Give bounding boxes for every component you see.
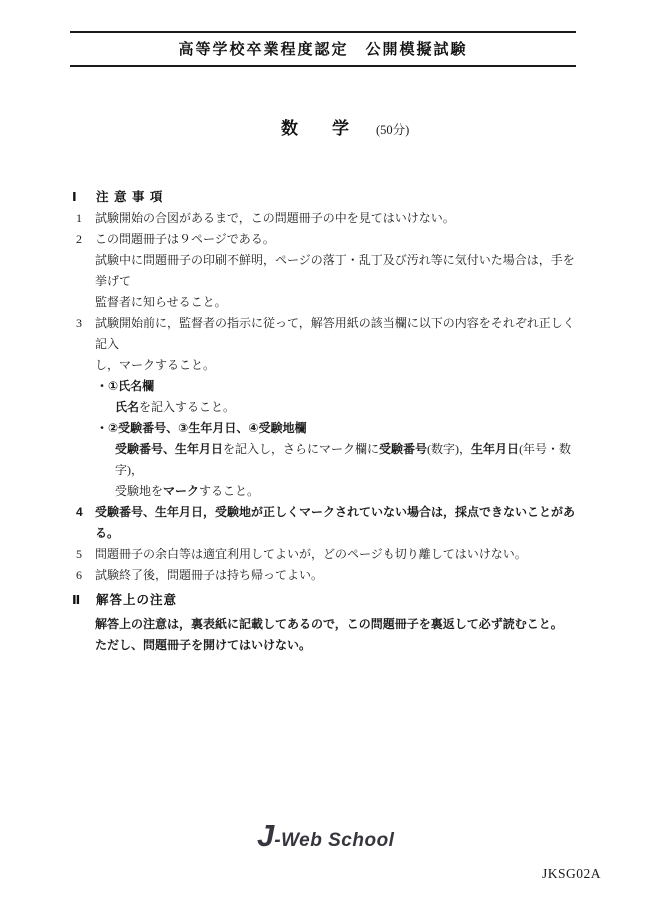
section2-lines: 解答上の注意は，裏表紙に記載してあるので，この問題冊子を裏返して必ず読むこと。た… [70, 614, 582, 656]
item-number: 5 [70, 544, 95, 565]
subject-row: 数 学 (50分) [281, 114, 409, 139]
item-text: 受験番号、生年月日，受験地が正しくマークされていない場合は，採点できないことがあ… [95, 502, 582, 544]
item-text: し，マークすること。 [95, 355, 582, 376]
plain-text: 試験開始の合図があるまで，この問題冊子の中を見てはいけない。 [95, 211, 455, 225]
item-text: この問題冊子は９ページである。 [95, 229, 582, 250]
note-line: 1試験開始の合図があるまで，この問題冊子の中を見てはいけない。 [70, 208, 582, 229]
item-text: 試験開始の合図があるまで，この問題冊子の中を見てはいけない。 [95, 208, 582, 229]
item-number: 4 [70, 502, 95, 544]
section1-heading: Ⅰ 注 意 事 項 [70, 186, 582, 208]
section2-heading: Ⅱ 解答上の注意 [70, 589, 582, 611]
item-text: 解答上の注意は，裏表紙に記載してあるので，この問題冊子を裏返して必ず読むこと。 [95, 614, 582, 635]
plain-text: 試験中に問題冊子の印刷不鮮明，ページの落丁・乱丁及び汚れ等に気付いた場合は，手を… [95, 253, 575, 288]
section2-title: 解答上の注意 [96, 589, 177, 611]
item-text: 監督者に知らせること。 [95, 292, 582, 313]
note-line: し，マークすること。 [70, 355, 582, 376]
jweb-school-logo: J-Web School [257, 818, 394, 854]
item-text: 問題冊子の余白等は適宜利用してよいが，どのページも切り離してはいけない。 [95, 544, 582, 565]
emphasized-text: 受験番号、生年月日 [115, 442, 223, 456]
emphasized-text: 受験番号 [379, 442, 427, 456]
note-line: 受験地をマークすること。 [70, 481, 582, 502]
plain-text: すること。 [199, 484, 259, 498]
logo-text: -Web School [274, 830, 394, 851]
note-line: 受験番号、生年月日を記入し，さらにマーク欄に受験番号(数字)，生年月日(年号・数… [70, 439, 582, 481]
note-line: 4受験番号、生年月日，受験地が正しくマークされていない場合は，採点できないことが… [70, 502, 582, 544]
item-text: 試験中に問題冊子の印刷不鮮明，ページの落丁・乱丁及び汚れ等に気付いた場合は，手を… [95, 250, 582, 292]
title-block: 高等学校卒業程度認定 公開模擬試験 [70, 31, 576, 67]
emphasized-text: マーク [163, 484, 199, 498]
item-text: 受験地をマークすること。 [115, 481, 582, 502]
emphasized-text: 生年月日 [471, 442, 519, 456]
plain-text: し，マークすること。 [95, 358, 215, 372]
note-line: ・①氏名欄 [70, 376, 582, 397]
plain-text: ただし、問題冊子を開けてはいけない。 [95, 638, 311, 652]
logo-j-letter: J [257, 818, 274, 853]
section1-lines: 1試験開始の合図があるまで，この問題冊子の中を見てはいけない。2この問題冊子は９… [70, 208, 582, 586]
item-text: ・②受験番号、③生年月日、④受験地欄 [96, 418, 582, 439]
plain-text: (数字)， [427, 442, 471, 456]
notes-area: Ⅰ 注 意 事 項 1試験開始の合図があるまで，この問題冊子の中を見てはいけない… [70, 186, 582, 656]
note-line: 2この問題冊子は９ページである。 [70, 229, 582, 250]
item-number: 6 [70, 565, 95, 586]
section2: Ⅱ 解答上の注意 解答上の注意は，裏表紙に記載してあるので，この問題冊子を裏返し… [70, 589, 582, 656]
note-line: 氏名を記入すること。 [70, 397, 582, 418]
note-line: 解答上の注意は，裏表紙に記載してあるので，この問題冊子を裏返して必ず読むこと。 [70, 614, 582, 635]
item-text: ただし、問題冊子を開けてはいけない。 [95, 635, 582, 656]
item-number: 1 [70, 208, 95, 229]
section1-title: 注 意 事 項 [96, 186, 163, 208]
item-text: 受験番号、生年月日を記入し，さらにマーク欄に受験番号(数字)，生年月日(年号・数… [115, 439, 582, 481]
plain-text: 解答上の注意は，裏表紙に記載してあるので，この問題冊子を裏返して必ず読むこと。 [95, 617, 563, 631]
plain-text: を記入し，さらにマーク欄に [223, 442, 379, 456]
note-line: 3試験開始前に，監督者の指示に従って，解答用紙の該当欄に以下の内容をそれぞれ正し… [70, 313, 582, 355]
emphasized-text: ・②受験番号、③生年月日、④受験地欄 [96, 421, 306, 435]
plain-text: 試験開始前に，監督者の指示に従って，解答用紙の該当欄に以下の内容をそれぞれ正しく… [95, 316, 575, 351]
emphasized-text: マーク [299, 505, 335, 519]
note-line: 試験中に問題冊子の印刷不鮮明，ページの落丁・乱丁及び汚れ等に気付いた場合は，手を… [70, 250, 582, 292]
subject-duration: (50分) [376, 120, 409, 138]
note-line: ただし、問題冊子を開けてはいけない。 [70, 635, 582, 656]
booklet-code: JKSG02A [542, 866, 601, 882]
item-number: 2 [70, 229, 95, 250]
plain-text: を記入すること。 [139, 400, 235, 414]
emphasized-text: ・①氏名欄 [96, 379, 154, 393]
plain-text: 監督者に知らせること。 [95, 295, 227, 309]
section1-number: Ⅰ [70, 186, 96, 208]
plain-text: 受験番号、生年月日，受験地が正しく [95, 505, 299, 519]
note-line: 6試験終了後，問題冊子は持ち帰ってよい。 [70, 565, 582, 586]
item-text: 氏名を記入すること。 [115, 397, 582, 418]
emphasized-text: 氏名 [115, 400, 139, 414]
item-number: 3 [70, 313, 95, 355]
note-line: 5問題冊子の余白等は適宜利用してよいが，どのページも切り離してはいけない。 [70, 544, 582, 565]
page-title: 高等学校卒業程度認定 公開模擬試験 [70, 38, 576, 59]
subject-name: 数 学 [281, 114, 349, 139]
note-line: ・②受験番号、③生年月日、④受験地欄 [70, 418, 582, 439]
item-text: ・①氏名欄 [96, 376, 582, 397]
exam-cover-page: 高等学校卒業程度認定 公開模擬試験 数 学 (50分) Ⅰ 注 意 事 項 1試… [0, 0, 645, 913]
plain-text: この問題冊子は９ページである。 [95, 232, 275, 246]
plain-text: 試験終了後，問題冊子は持ち帰ってよい。 [95, 568, 323, 582]
item-text: 試験開始前に，監督者の指示に従って，解答用紙の該当欄に以下の内容をそれぞれ正しく… [95, 313, 582, 355]
plain-text: 問題冊子の余白等は適宜利用してよいが，どのページも切り離してはいけない。 [95, 547, 527, 561]
section2-number: Ⅱ [70, 589, 96, 611]
plain-text: 受験地を [115, 484, 163, 498]
note-line: 監督者に知らせること。 [70, 292, 582, 313]
item-text: 試験終了後，問題冊子は持ち帰ってよい。 [95, 565, 582, 586]
